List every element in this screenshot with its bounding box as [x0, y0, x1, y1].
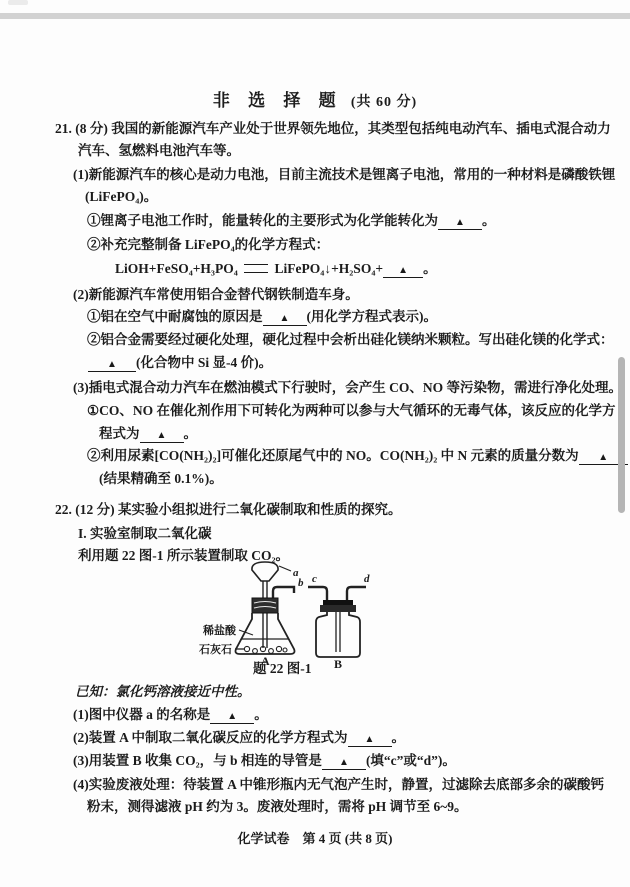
- q21-part1-line1: (1)新能源汽车的核心是动力电池，目前主流技术是锂离子电池，常用的一种材料是磷酸…: [73, 167, 615, 182]
- tube-label-c: c: [312, 573, 317, 585]
- text-run: LiFePO₄↓+H₂SO₄+: [271, 261, 383, 276]
- exam-page: 非 选 择 题 (共 60 分) 21. (8 分) 我国的新能源汽车产业处于世…: [0, 0, 630, 887]
- q22-section1-title: I. 实验室制取二氧化碳: [78, 526, 212, 541]
- answer-blank: ▲: [322, 756, 366, 770]
- text-run: (LiFePO₄)。: [85, 189, 157, 204]
- q21-part2-item2-line1: ②铝合金需要经过硬化处理，硬化过程中会析出硅化镁纳米颗粒。写出硅化镁的化学式：: [87, 332, 614, 347]
- q21-part1-line2: (LiFePO₄)。: [85, 189, 157, 204]
- section-heading-title: 非 选 择 题: [213, 91, 343, 110]
- scrollbar-thumb[interactable]: [618, 357, 625, 513]
- label-a-pointer: [279, 566, 291, 571]
- text-run: (用化学方程式表示)。: [307, 309, 438, 324]
- q21-equation: LiOH+FeSO₄+H₃PO₄ LiFePO₄↓+H₂SO₄+▲。: [115, 261, 437, 278]
- text-run: 。: [482, 213, 496, 228]
- text-run: (1)新能源汽车的核心是动力电池，目前主流技术是锂离子电池，常用的一种材料是磷酸…: [73, 167, 615, 182]
- bottle-cap: [323, 600, 353, 605]
- annotation-dilute-hcl: 稀盐酸: [202, 623, 237, 637]
- q21-part3-item2-line1: ②利用尿素[CO(NH₂)₂]可催化还原尾气中的 NO。CO(NH₂)₂ 中 N…: [87, 448, 628, 465]
- scan-artifact: [8, 0, 28, 5]
- answer-blank: ▲: [210, 710, 254, 724]
- text-run: (1)图中仪器 a 的名称是: [73, 707, 210, 722]
- text-run: ②补充完整制备 LiFePO₄的化学方程式：: [87, 237, 329, 252]
- q22-part2: (2)装置 A 中制取二氧化碳反应的化学方程式为▲。: [73, 730, 405, 747]
- text-run: (2)新能源汽车常使用铝合金替代钢铁制造车身。: [73, 287, 359, 302]
- q21-part1-item1: ①锂离子电池工作时，能量转化的主要形式为化学能转化为▲。: [87, 213, 496, 230]
- q21-intro-line1: 21. (8 分) 我国的新能源汽车产业处于世界领先地位，其类型包括纯电动汽车、…: [55, 121, 611, 136]
- section-heading: 非 选 择 题 (共 60 分): [0, 86, 630, 111]
- gas-tube-c: [308, 587, 327, 602]
- q21-part1-item2: ②补充完整制备 LiFePO₄的化学方程式：: [87, 237, 329, 252]
- text-run: (3)用装置 B 收集 CO₂，与 b 相连的导管是: [73, 753, 322, 768]
- answer-blank: ▲: [140, 429, 184, 443]
- page-footer: 化学试卷 第 4 页 (共 8 页): [0, 828, 630, 847]
- answer-blank: ▲: [438, 216, 482, 230]
- text-run: 21. (8 分) 我国的新能源汽车产业处于世界领先地位，其类型包括纯电动汽车、…: [55, 121, 611, 136]
- text-run: (3)插电式混合动力汽车在燃油模式下行驶时，会产生 CO、NO 等污染物，需进行…: [73, 380, 622, 395]
- text-run: 22. (12 分) 某实验小组拟进行二氧化碳制取和性质的探究。: [55, 502, 402, 517]
- answer-blank: ▲: [88, 358, 136, 372]
- q21-part2-line1: (2)新能源汽车常使用铝合金替代钢铁制造车身。: [73, 287, 359, 302]
- text-run: 。: [392, 730, 406, 745]
- apparatus-diagram: a b 稀盐酸 石灰石 A c d: [195, 558, 400, 670]
- text-run: ②铝合金需要经过硬化处理，硬化过程中会析出硅化镁纳米颗粒。写出硅化镁的化学式：: [87, 332, 614, 347]
- q22-part4-line2: 粉末，测得滤液 pH 约为 3。废液处理时，需将 pH 调节至 6~9。: [87, 799, 468, 814]
- text-run: 已知：氯化钙溶液接近中性。: [75, 684, 251, 699]
- double-equals-sign: [244, 264, 268, 273]
- top-divider-bar: [0, 13, 630, 19]
- gas-bottle: [316, 612, 360, 657]
- q21-part2-item2-line2: ▲(化合物中 Si 显-4 价)。: [88, 355, 272, 372]
- section-heading-points: (共 60 分): [351, 95, 417, 110]
- q22-known-note: 已知：氯化钙溶液接近中性。: [75, 684, 251, 699]
- rubber-stopper: [252, 598, 278, 613]
- text-run: 。: [184, 426, 198, 441]
- q21-intro-line2: 汽车、氢燃料电池汽车等。: [78, 143, 240, 158]
- text-run: LiOH+FeSO₄+H₃PO₄: [115, 261, 241, 276]
- answer-blank: ▲: [383, 264, 423, 278]
- apparatus-label-B: B: [334, 657, 342, 670]
- q21-part3-item1-line2: 程式为▲。: [99, 426, 197, 443]
- text-run: ①CO、NO 在催化剂作用下可转化为两种可以参与大气循环的无毒气体，该反应的化学…: [87, 403, 615, 418]
- q21-part3-item2-line2: (结果精确至 0.1%)。: [99, 471, 223, 486]
- text-run: 。: [423, 261, 437, 276]
- text-run: ①锂离子电池工作时，能量转化的主要形式为化学能转化为: [87, 213, 438, 228]
- text-run: (结果精确至 0.1%)。: [99, 471, 223, 486]
- text-run: 程式为: [99, 426, 140, 441]
- gas-tube-d: [347, 587, 366, 602]
- text-run: (2)装置 A 中制取二氧化碳反应的化学方程式为: [73, 730, 348, 745]
- text-run: (填“c”或“d”)。: [366, 753, 456, 768]
- q21-part3-item1-line1: ①CO、NO 在催化剂作用下可转化为两种可以参与大气循环的无毒气体，该反应的化学…: [87, 403, 615, 418]
- tube-label-d: d: [364, 573, 370, 585]
- q22-part3: (3)用装置 B 收集 CO₂，与 b 相连的导管是▲(填“c”或“d”)。: [73, 753, 456, 770]
- apparatus-label-A: A: [261, 654, 270, 668]
- annotation-limestone: 石灰石: [199, 642, 232, 656]
- q21-part2-item1: ①铝在空气中耐腐蚀的原因是▲(用化学方程式表示)。: [87, 309, 437, 326]
- tube-label-b: b: [298, 577, 304, 589]
- q22-part4-line1: (4)实验废液处理：待装置 A 中锥形瓶内无气泡产生时，静置，过滤除去底部多余的…: [73, 777, 604, 792]
- text-run: ①铝在空气中耐腐蚀的原因是: [87, 309, 263, 324]
- text-run: I. 实验室制取二氧化碳: [78, 526, 212, 541]
- q22-part1: (1)图中仪器 a 的名称是▲。: [73, 707, 268, 724]
- q21-part3-line1: (3)插电式混合动力汽车在燃油模式下行驶时，会产生 CO、NO 等污染物，需进行…: [73, 380, 622, 395]
- funnel-cup: [252, 562, 278, 581]
- text-run: (4)实验废液处理：待装置 A 中锥形瓶内无气泡产生时，静置，过滤除去底部多余的…: [73, 777, 604, 792]
- text-run: 粉末，测得滤液 pH 约为 3。废液处理时，需将 pH 调节至 6~9。: [87, 799, 468, 814]
- text-run: ②利用尿素[CO(NH₂)₂]可催化还原尾气中的 NO。CO(NH₂)₂ 中 N…: [87, 448, 579, 463]
- answer-blank: ▲: [348, 733, 392, 747]
- limestone-lumps: [244, 646, 287, 653]
- text-run: 。: [254, 707, 268, 722]
- text-run: 汽车、氢燃料电池汽车等。: [78, 143, 240, 158]
- q22-intro: 22. (12 分) 某实验小组拟进行二氧化碳制取和性质的探究。: [55, 502, 402, 517]
- text-run: (化合物中 Si 显-4 价)。: [136, 355, 272, 370]
- answer-blank: ▲: [263, 312, 307, 326]
